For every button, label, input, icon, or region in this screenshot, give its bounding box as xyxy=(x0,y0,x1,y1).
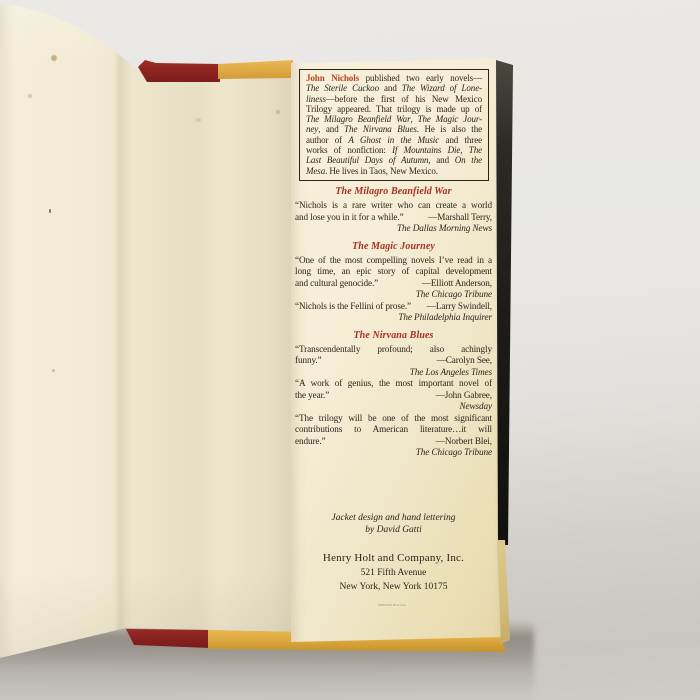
stain-spot xyxy=(28,94,32,98)
book-title-text: If Mountains Die xyxy=(392,145,460,155)
text-segment: , xyxy=(410,114,417,124)
book-title-text: Last Beautiful Days of Autumn xyxy=(306,155,428,165)
text-segment: . He lives in Taos, New Mexico. xyxy=(325,166,438,176)
quote-line: The Chicago Tribune xyxy=(295,289,492,301)
review-section: The Magic Journey“One of the most compel… xyxy=(295,241,492,324)
quote-line: contributions to American literature…it … xyxy=(295,424,492,436)
credit-line: by David Gatti xyxy=(295,525,492,537)
book-title-text: The Magic Jour- xyxy=(418,114,482,124)
review-sections: The Milagro Beanfield War“Nichols is a r… xyxy=(295,186,492,459)
text-segment: —Marshall Terry, xyxy=(428,212,492,224)
quote-line: The Philadelphia Inquirer xyxy=(295,312,492,324)
text-segment: . He is also the xyxy=(417,124,482,134)
about-author-line: The Milagro Beanfield War, The Magic Jou… xyxy=(306,114,482,124)
text-segment: —Norbert Blei, xyxy=(436,436,492,448)
about-author-line: liness—before the first of his New Mexic… xyxy=(306,94,482,104)
book-title-text: ney xyxy=(306,124,318,134)
text-segment: endure.” xyxy=(295,436,326,448)
about-author-line: John Nichols published two early novels— xyxy=(306,73,482,83)
about-author-line: ney, and The Nirvana Blues. He is also t… xyxy=(306,124,482,134)
text-segment: and three xyxy=(439,135,482,145)
book-title-text: The Sterile Cuckoo xyxy=(306,83,379,93)
quote-line: “Transcendentally profound; also achingl… xyxy=(295,344,492,356)
quote-line: The Los Angeles Times xyxy=(295,367,492,379)
about-author-box: John Nichols published two early novels—… xyxy=(299,69,489,181)
publisher-name: Henry Holt and Company, Inc. xyxy=(295,550,492,566)
text-segment: author of xyxy=(306,135,348,145)
about-author-line: The Sterile Cuckoo and The Wizard of Lon… xyxy=(306,83,482,93)
quote-line: Newsday xyxy=(295,401,492,413)
quote-line: the year.”—John Gabree, xyxy=(295,390,492,402)
review-section: The Milagro Beanfield War“Nichols is a r… xyxy=(295,186,492,235)
about-author-line: Last Beautiful Days of Autumn, and On th… xyxy=(306,155,482,165)
quote-line: “One of the most compelling novels I’ve … xyxy=(295,255,492,267)
author-name: John Nichols xyxy=(306,73,359,83)
photo-stage: John Nichols published two early novels—… xyxy=(0,0,700,700)
quote-line: and lose you in it for a while.”—Marshal… xyxy=(295,212,492,224)
text-segment: , and xyxy=(428,155,454,165)
stain-spot xyxy=(49,209,51,213)
text-segment: and xyxy=(379,83,402,93)
stain-spot xyxy=(51,55,57,61)
credit-line: Jacket design and hand lettering xyxy=(295,513,492,525)
quote-line: “The trilogy will be one of the most sig… xyxy=(295,413,492,425)
book-title-heading: The Magic Journey xyxy=(295,241,492,253)
book-title-heading: The Milagro Beanfield War xyxy=(295,186,492,198)
book-title-text: liness xyxy=(306,94,326,104)
book-title-heading: The Nirvana Blues xyxy=(295,330,492,342)
text-segment: —Larry Swindell, xyxy=(427,301,492,313)
about-author-line: works of nonfiction: If Mountains Die, T… xyxy=(306,145,482,155)
text-segment: and cultural genocide.” xyxy=(295,278,378,290)
text-segment: Trilogy appeared. That trilogy is made u… xyxy=(306,104,482,114)
quote-line: long time, an epic story of capital deve… xyxy=(295,266,492,278)
about-author-line: Trilogy appeared. That trilogy is made u… xyxy=(306,104,482,114)
book-title-text: The Nirvana Blues xyxy=(344,124,417,134)
review-section: The Nirvana Blues“Transcendentally profo… xyxy=(295,330,492,459)
book-title-text: The xyxy=(469,145,482,155)
text-segment: —John Gabree, xyxy=(436,390,492,402)
quote-line: “Nichols is a rare writer who can create… xyxy=(295,200,492,212)
text-segment: —Carolyn See, xyxy=(437,355,492,367)
book-title-text: The Wizard of Lone- xyxy=(402,83,482,93)
stain-spot xyxy=(196,118,201,122)
book-title-text: The Milagro Beanfield War xyxy=(306,114,410,124)
book-title-text: On the xyxy=(455,155,482,165)
about-author-line: Mesa. He lives in Taos, New Mexico. xyxy=(306,166,482,176)
quote-line: The Chicago Tribune xyxy=(295,447,492,459)
stain-spot xyxy=(276,110,280,114)
text-segment: , and xyxy=(318,124,344,134)
publisher-address: New York, New York 10175 xyxy=(295,580,492,594)
quote-line: “Nichols is the Fellini of prose.”—Larry… xyxy=(295,301,492,313)
text-segment: funny.” xyxy=(295,355,322,367)
text-segment: works of nonfiction: xyxy=(306,145,392,155)
quote-line: funny.”—Carolyn See, xyxy=(295,355,492,367)
publisher-address: 521 Fifth Avenue xyxy=(295,566,492,580)
quote-line: “A work of genius, the most important no… xyxy=(295,378,492,390)
text-segment: published two early novels— xyxy=(359,73,482,83)
stain-spot xyxy=(52,369,55,372)
quote-line: endure.”—Norbert Blei, xyxy=(295,436,492,448)
text-segment: and lose you in it for a while.” xyxy=(295,212,404,224)
text-segment: “Nichols is the Fellini of prose.” xyxy=(295,301,411,313)
quote-line: The Dallas Morning News xyxy=(295,223,492,235)
jacket-design-credit: Jacket design and hand lettering by Davi… xyxy=(295,513,492,536)
spine-cloth-top-edge xyxy=(136,57,220,83)
about-author-line: author of A Ghost in the Music and three xyxy=(306,135,482,145)
printer-stamp: PRINTED IN U.S.A. xyxy=(376,604,409,607)
quote-line: and cultural genocide.”—Elliott Anderson… xyxy=(295,278,492,290)
book-title-text: Mesa xyxy=(306,166,325,176)
publisher-block: Henry Holt and Company, Inc. 521 Fifth A… xyxy=(295,550,492,594)
text-segment: , xyxy=(460,145,468,155)
text-segment: the year.” xyxy=(295,390,329,402)
dust-jacket-back-flap: John Nichols published two early novels—… xyxy=(290,58,508,644)
book-cover-edge xyxy=(495,58,514,550)
text-segment: —Elliott Anderson, xyxy=(422,278,492,290)
page-top-edge-gilt xyxy=(218,57,293,80)
book-title-text: A Ghost in the Music xyxy=(348,135,439,145)
left-endpaper-page xyxy=(0,0,296,664)
text-segment: —before the first of his New Mexico xyxy=(326,94,482,104)
flap-content: John Nichols published two early novels—… xyxy=(290,58,508,644)
